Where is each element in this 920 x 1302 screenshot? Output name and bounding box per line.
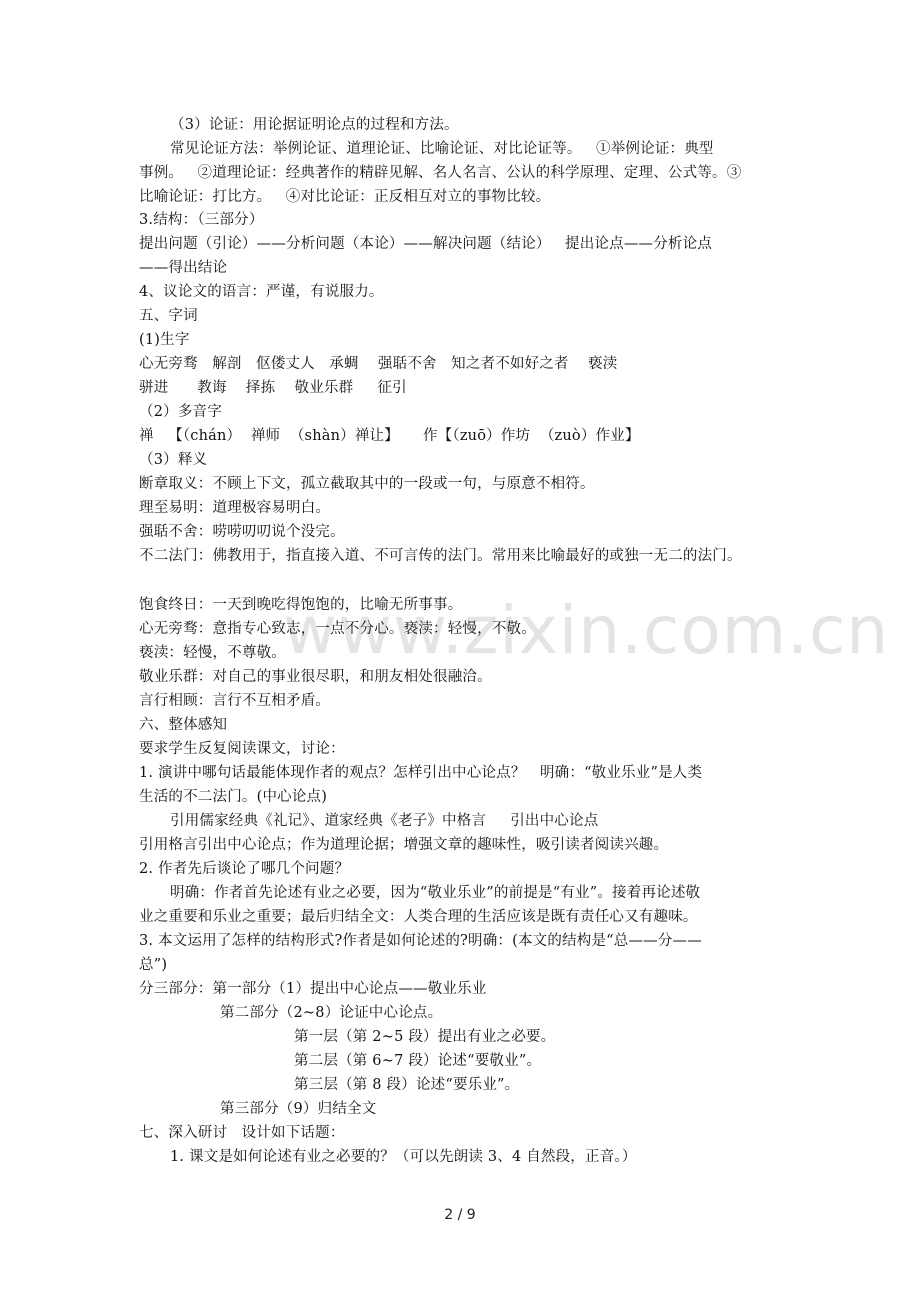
text-line: 亵渎：轻慢，不尊敬。 (139, 644, 286, 662)
text-line: 心无旁骛 解剖 伛偻丈人 承蜩 强聒不舍 知之者不如好之者 亵渎 (139, 355, 617, 373)
text-line: 明确：作者首先论述有业之必要，因为“敬业乐业”的前提是“有业”。接着再论述敬 (170, 884, 700, 902)
text-line: 4、议论文的语言：严谨，有说服力。 (139, 283, 384, 301)
text-line: 言行相顾：言行不互相矛盾。 (139, 692, 330, 710)
text-line: 2. 作者先后谈论了哪几个问题？ (139, 860, 349, 878)
text-line: 第三部分（9）归结全文 (220, 1100, 376, 1118)
text-line: 3. 本文运用了怎样的结构形式?作者是如何论述的?明确：(本文的结构是“总——分… (139, 932, 702, 950)
text-line: 要求学生反复阅读课文，讨论： (139, 740, 345, 758)
text-line: （3）论证：用论据证明论点的过程和方法。 (170, 116, 459, 134)
text-line: (1)生字 (139, 331, 190, 349)
text-line: 饱食终日：一天到晚吃得饱饱的，比喻无所事事。 (139, 596, 462, 614)
text-line: 敬业乐群：对自己的事业很尽职，和朋友相处很融洽。 (139, 668, 492, 686)
text-line: 生活的不二法门。(中心论点) (139, 788, 327, 806)
text-line: 比喻论证：打比方。 ④对比论证：正反相互对立的事物比较。 (139, 188, 550, 206)
text-line: 第一层（第 2~5 段）提出有业之必要。 (294, 1028, 555, 1046)
text-line: ——得出结论 (139, 259, 227, 277)
text-line: 不二法门：佛教用于，指直接入道、不可言传的法门。常用来比喻最好的或独一无二的法门… (139, 547, 742, 565)
text-line: 总”) (139, 956, 167, 974)
text-line: 骈进 教诲 择拣 敬业乐群 征引 (139, 379, 407, 397)
text-line: 事例。 ②道理论证：经典著作的精辟见解、名人名言、公认的科学原理、定理、公式等。… (139, 164, 741, 182)
text-line: 3.结构：（三部分） (139, 211, 264, 229)
page-number: 2 / 9 (0, 1207, 920, 1223)
text-line: 提出问题（引论）——分析问题（本论）——解决问题（结论） 提出论点——分析论点 (139, 235, 712, 253)
text-line: （2）多音字 (139, 403, 222, 421)
text-line: 五、字词 (139, 307, 198, 325)
text-line: 常见论证方法：举例论证、道理论证、比喻论证、对比论证等。 ①举例论证：典型 (170, 140, 714, 158)
text-line: 第二层（第 6~7 段）论述“要敬业”。 (294, 1052, 541, 1070)
text-line: 1. 演讲中哪句话最能体现作者的观点？怎样引出中心论点？ 明确：“敬业乐业”是人… (139, 764, 702, 782)
text-line: 业之重要和乐业之重要；最后归结全文：人类合理的生活应该是既有责任心又有趣味。 (139, 908, 698, 926)
text-line: 七、深入研讨 设计如下话题： (139, 1124, 345, 1142)
text-line: 第二部分（2~8）论证中心论点。 (220, 1004, 442, 1022)
text-line: 第三层（第 8 段）论述“要乐业”。 (294, 1076, 519, 1094)
text-line: 引用儒家经典《礼记》、道家经典《老子》中格言 引出中心论点 (170, 812, 598, 830)
document-page: www.zixin.com.cn （3）论证：用论据证明论点的过程和方法。常见论… (0, 0, 920, 1302)
text-line: 分三部分：第一部分（1）提出中心论点——敬业乐业 (139, 980, 487, 998)
text-line: （3）释义 (139, 451, 207, 469)
text-line: 断章取义：不顾上下文，孤立截取其中的一段或一句，与原意不相符。 (139, 475, 595, 493)
text-line: 六、整体感知 (139, 716, 227, 734)
text-line: 禅 【（chán） 禅师 （shàn）禅让】 作【（zuō）作坊 （zuò）作业… (139, 427, 640, 445)
text-line: 引用格言引出中心论点；作为道理论据；增强文章的趣味性，吸引读者阅读兴趣。 (139, 836, 668, 854)
text-line: 强聒不舍：唠唠叨叨说个没完。 (139, 523, 345, 541)
text-line: 理至易明：道理极容易明白。 (139, 499, 330, 517)
text-line: 心无旁骛：意指专心致志，一点不分心。亵渎：轻慢，不敬。 (139, 620, 536, 638)
text-line: 1. 课文是如何论述有业之必要的？（可以先朗读 3、4 自然段，正音。） (170, 1148, 637, 1166)
